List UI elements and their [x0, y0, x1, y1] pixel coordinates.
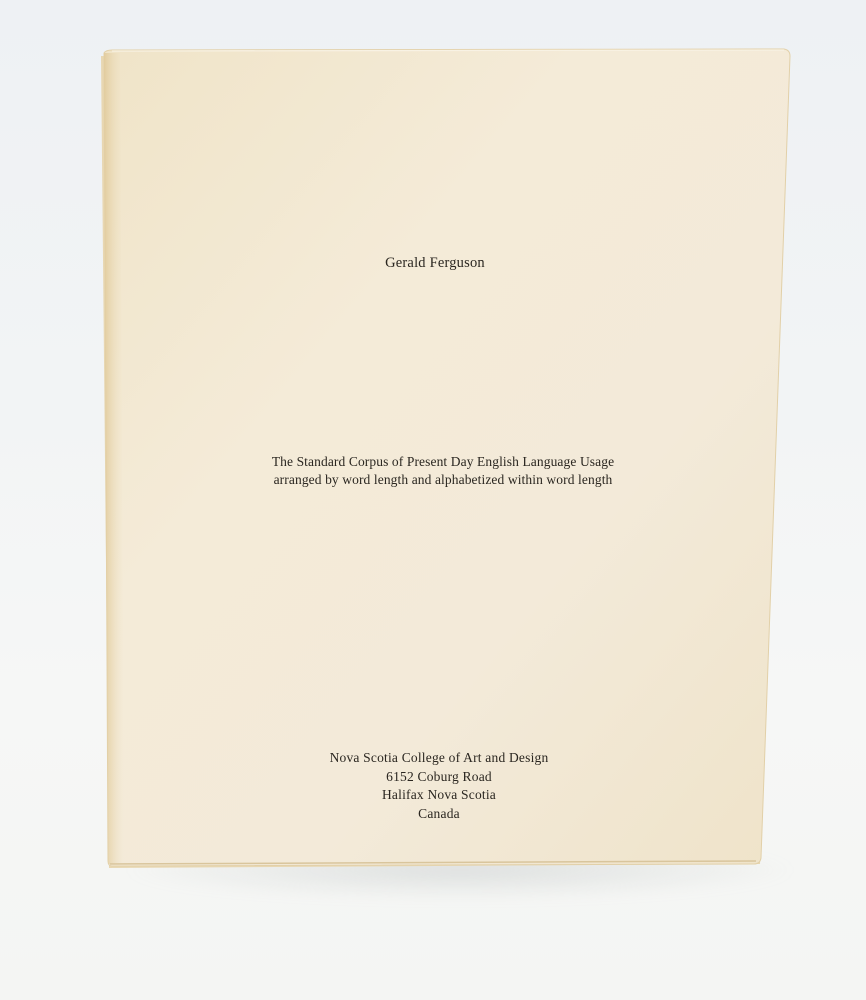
- author-name: Gerald Ferguson: [2, 255, 866, 272]
- title-line-1: The Standard Corpus of Present Day Engli…: [10, 453, 866, 471]
- paper-sheet: [0, 0, 866, 1000]
- publisher-city: Halifax Nova Scotia: [6, 786, 866, 805]
- booklet-cover: Gerald Ferguson The Standard Corpus of P…: [0, 0, 866, 1000]
- title-line-2: arranged by word length and alphabetized…: [10, 471, 866, 489]
- book-title: The Standard Corpus of Present Day Engli…: [10, 453, 866, 489]
- publisher-name: Nova Scotia College of Art and Design: [6, 749, 866, 768]
- publisher-country: Canada: [6, 805, 866, 824]
- publisher-street: 6152 Coburg Road: [6, 768, 866, 787]
- publisher-block: Nova Scotia College of Art and Design 61…: [6, 749, 866, 823]
